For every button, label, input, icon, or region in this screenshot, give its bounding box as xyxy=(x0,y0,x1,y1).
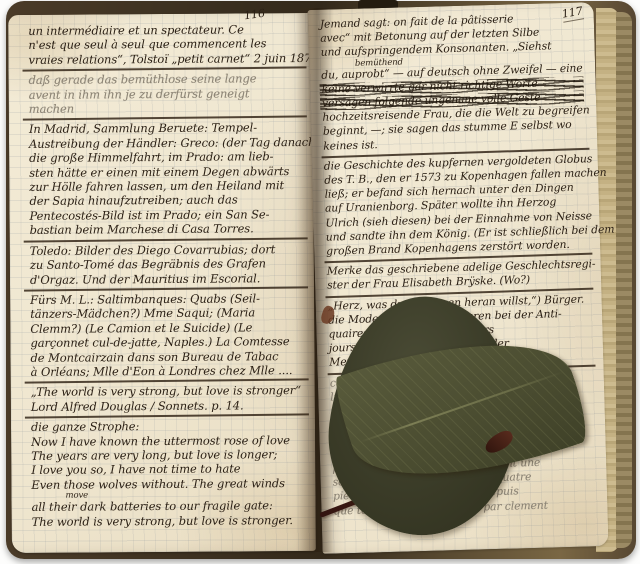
handwritten-line: à Orléans; Mlle d'Eon à Londres chez Mll… xyxy=(31,363,311,379)
notebook-photo: un intermédiaire et un spectateur. Cen'e… xyxy=(0,0,640,564)
entry-section-ink: „The world is very strong, but love is s… xyxy=(31,383,311,414)
handwritten-line: die große Himmelfahrt, im Prado: am lieb… xyxy=(29,149,309,165)
entry-section-ink: Jemand sagt: on fait de la pâtisserieave… xyxy=(320,10,592,153)
handwritten-line: The world is very strong, but love is st… xyxy=(32,513,312,529)
handwritten-line: garçonnet cul-de-jatte, Naples.) La Comt… xyxy=(30,334,310,350)
handwritten-line: Toledo: Bilder des Diego Covarrubias; do… xyxy=(30,242,310,258)
handwritten-line: The years are very long, but love is lon… xyxy=(31,447,311,463)
handwritten-line: Even those wolves without. The great win… xyxy=(31,476,311,492)
handwritten-line: vraies relations“, Tolstoï „petit carnet… xyxy=(28,51,308,67)
entry-section-ink: In Madrid, Sammlung Beruete: Tempel-Aust… xyxy=(29,120,310,237)
handwritten-line: d'Orgaz. Und der Mauritius im Escorial. xyxy=(30,270,310,286)
entry-section-ink: Fürs M. L.: Saltimbanques: Quabs (Seil-t… xyxy=(30,291,311,379)
left-page: un intermédiaire et un spectateur. Cen'e… xyxy=(8,13,316,553)
handwritten-line: Pentecostés-Bild ist im Prado; ein San S… xyxy=(29,207,309,223)
entry-section-ink: un intermédiaire et un spectateur. Cen'e… xyxy=(28,22,308,67)
handwritten-line: zur Hölle fahren lassen, um den Heiland … xyxy=(29,178,309,194)
entry-section-ink: die Geschichte des kupfernen vergoldeten… xyxy=(324,152,595,259)
handwritten-line: bastian beim Marchese di Casa Torres. xyxy=(30,221,310,237)
handwritten-line: all their dark batteries to our fragile … xyxy=(32,498,312,514)
handwritten-line: machen xyxy=(29,100,309,116)
handwritten-line: Lord Alfred Douglas / Sonnets. p. 14. xyxy=(31,398,311,414)
fore-edge-cover xyxy=(616,12,632,548)
left-page-text: un intermédiaire et un spectateur. Cen'e… xyxy=(8,13,316,535)
entry-section-ink: die ganze Strophe:Now I have known the u… xyxy=(31,418,312,529)
entry-section-pencil: daß gerade das bemüthlose seine langeave… xyxy=(29,71,309,116)
entry-section-ink: Toledo: Bilder des Diego Covarrubias; do… xyxy=(30,242,310,287)
handwritten-line: „The world is very strong, but love is s… xyxy=(31,383,311,399)
